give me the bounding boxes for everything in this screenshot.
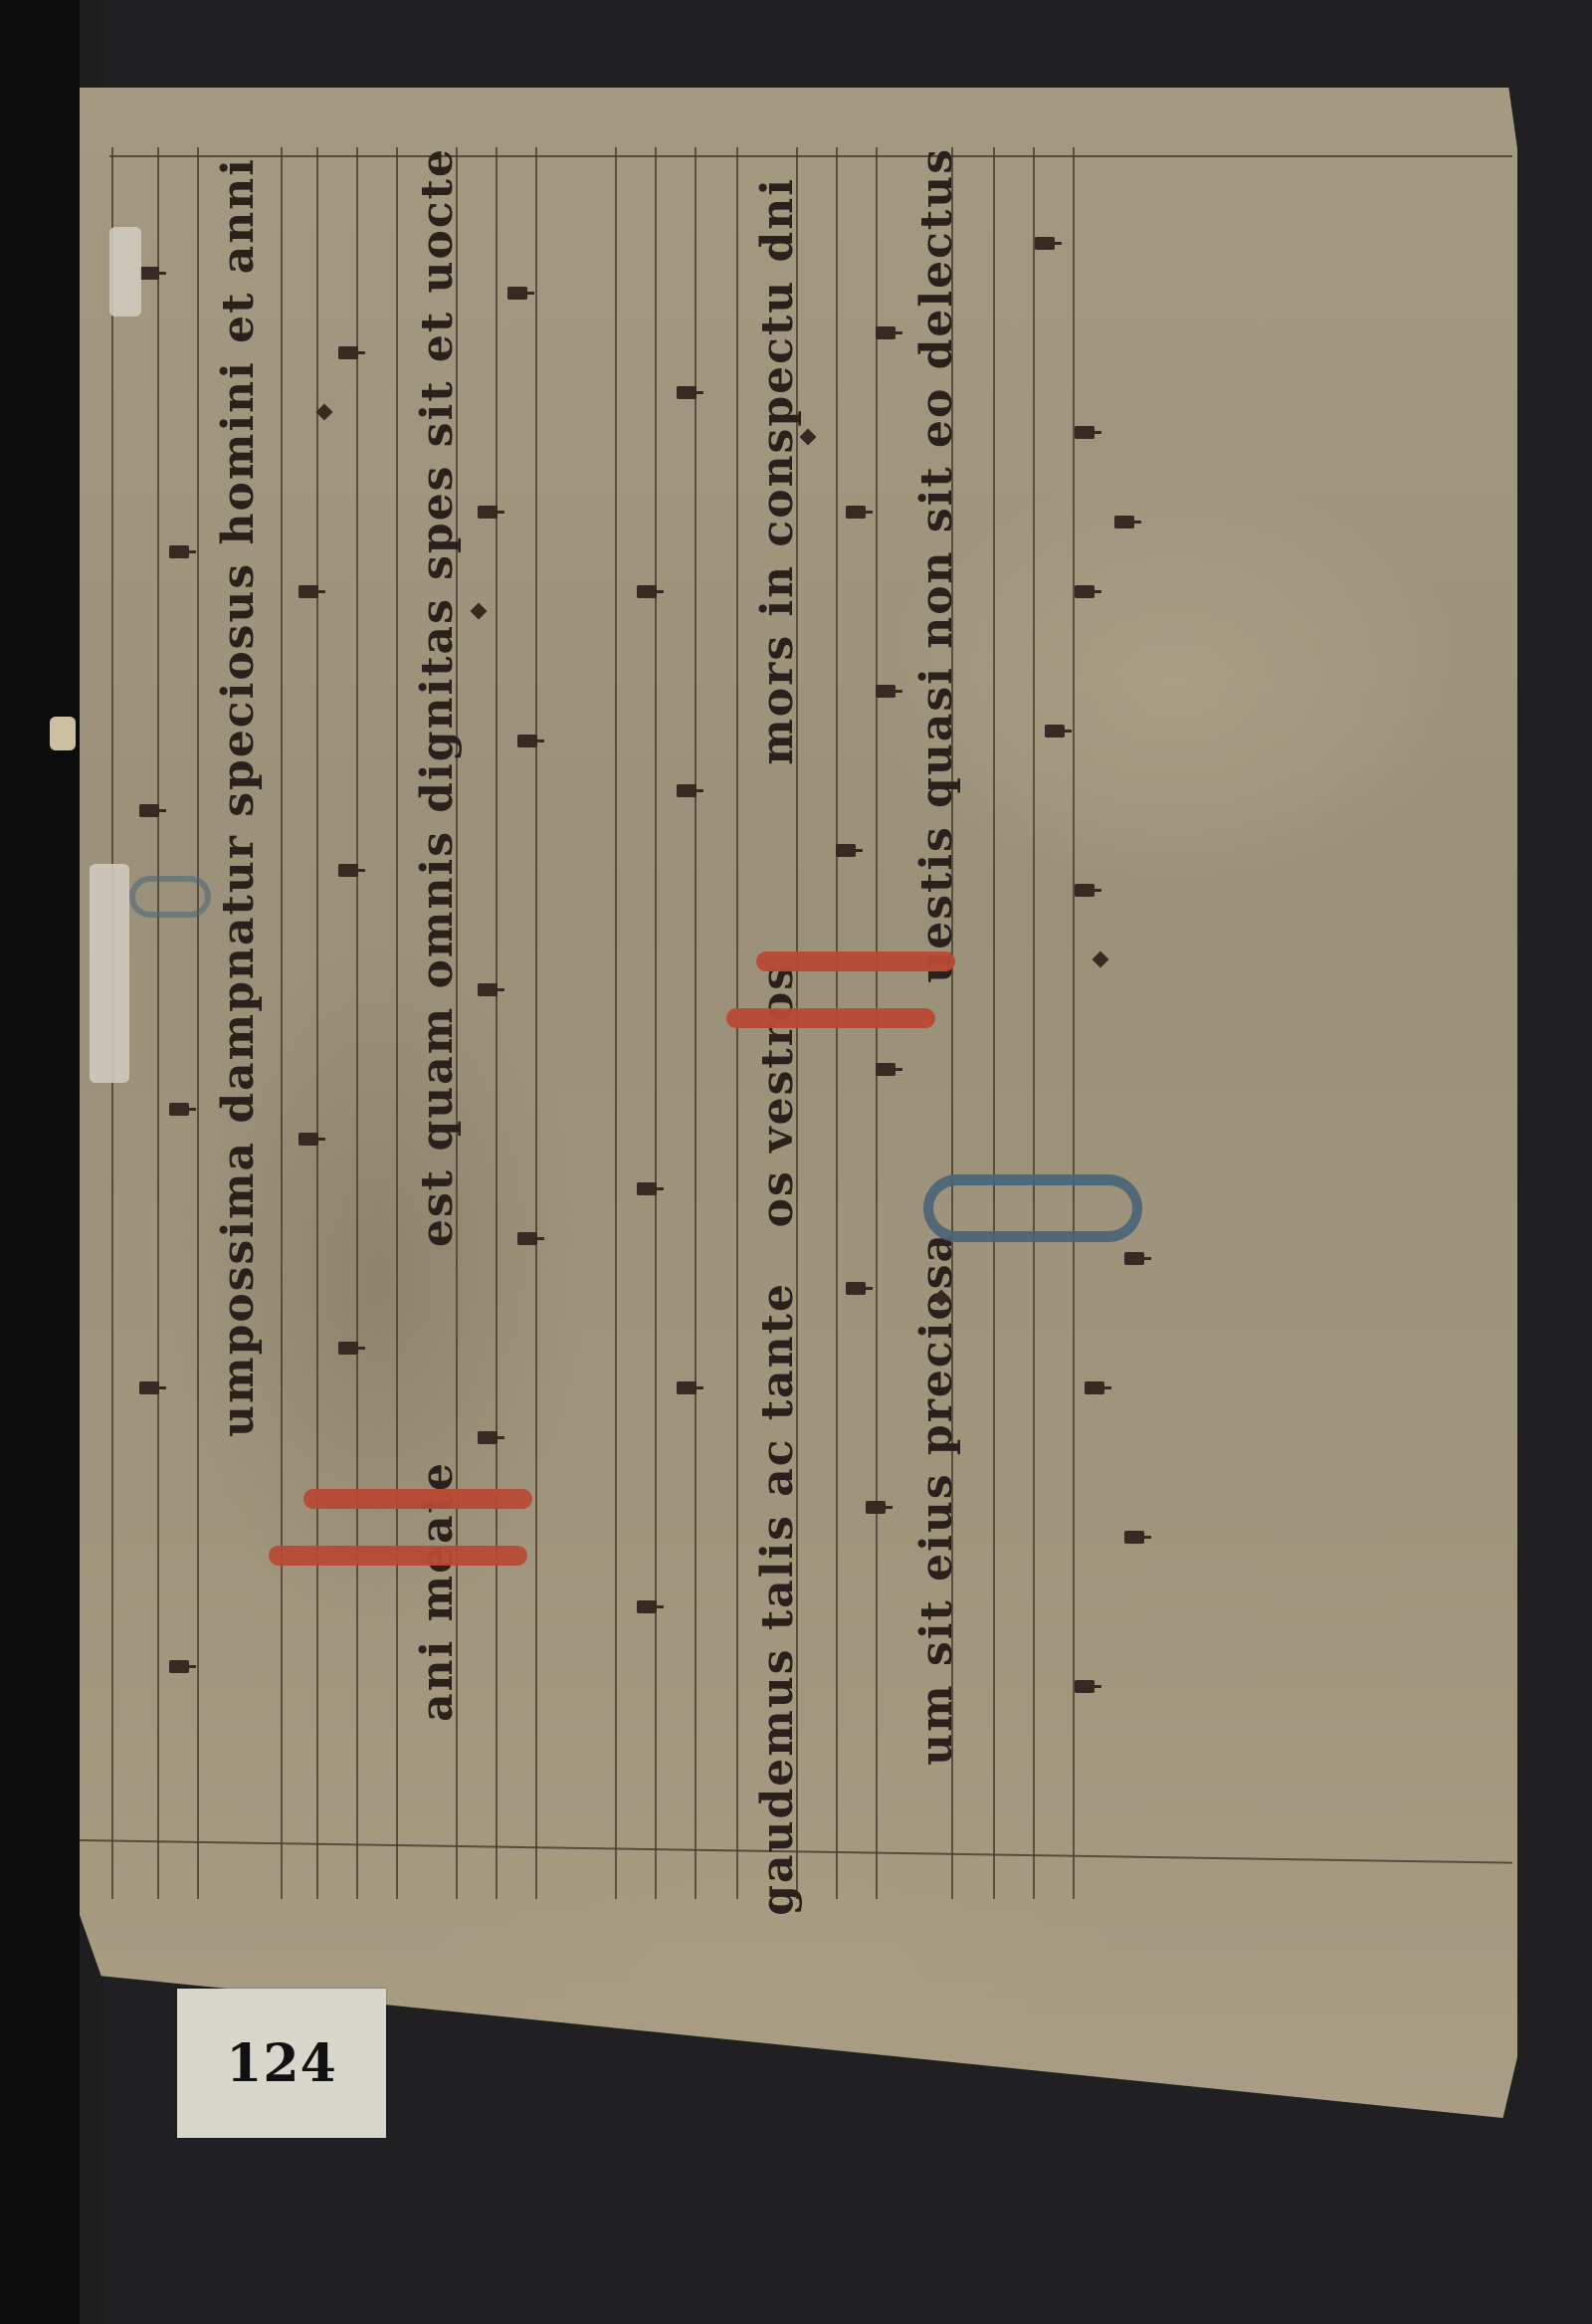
manuscript-text-line: uestis quasi non sit eo delectus	[915, 147, 959, 983]
neume	[1045, 725, 1065, 738]
staff-line	[356, 147, 358, 1899]
binding-thread	[50, 717, 76, 750]
neume-punctum	[471, 603, 488, 620]
neume	[139, 804, 159, 817]
neume	[169, 545, 189, 558]
neume	[478, 1431, 497, 1444]
neume	[1085, 1381, 1104, 1394]
neume	[1035, 237, 1055, 250]
red-initial-p	[303, 1489, 532, 1509]
neume	[1075, 585, 1094, 598]
neume-punctum	[316, 404, 333, 421]
neume	[478, 983, 497, 996]
staff-line	[281, 147, 283, 1899]
top-ruling-line	[109, 155, 1512, 157]
neume	[517, 1232, 537, 1245]
neume	[866, 1501, 886, 1514]
neume	[298, 585, 318, 598]
staff-line	[396, 147, 398, 1899]
red-initial-p	[726, 1008, 935, 1028]
staff-line	[1033, 147, 1035, 1899]
neume	[1075, 1680, 1094, 1693]
neume	[139, 267, 159, 280]
neume	[876, 1063, 895, 1076]
staff-line	[197, 147, 199, 1899]
neume	[637, 1182, 657, 1195]
neume	[1124, 1252, 1144, 1265]
red-initial-p	[756, 951, 955, 971]
neume	[846, 1282, 866, 1295]
shelf-number: 124	[226, 2033, 337, 2094]
neume	[836, 844, 856, 857]
neume	[338, 346, 358, 359]
manuscript-text-line: umpossima dampnatur speciosus homini et …	[217, 157, 261, 1437]
staff-line	[993, 147, 995, 1899]
manuscript-text-line: gaudemus talis ac tante	[756, 1282, 800, 1916]
neume	[139, 1381, 159, 1394]
manuscript-text-line: mors in conspectu dni	[756, 177, 800, 765]
staff-line	[695, 147, 696, 1899]
dark-background-left	[0, 0, 80, 2324]
neume	[1075, 884, 1094, 897]
neume	[1075, 426, 1094, 439]
manuscript-text-line: est quam omnis dignitas spes sit et uoct…	[416, 147, 460, 1247]
blue-initial-e	[129, 876, 211, 918]
staff-line	[496, 147, 497, 1899]
neume	[637, 1600, 657, 1613]
neume-punctum	[1093, 951, 1109, 968]
manuscript-text-line: um sit eius preciosa	[915, 1232, 959, 1766]
neume	[298, 1133, 318, 1146]
neume	[478, 506, 497, 519]
neume	[876, 685, 895, 698]
paper-repair-patch	[109, 227, 141, 317]
parchment-leaf: uestis quasi non sit eo delectus um sit …	[80, 88, 1517, 2118]
staff-line	[157, 147, 159, 1899]
neume	[338, 1342, 358, 1355]
red-initial-p	[269, 1546, 527, 1566]
neume	[637, 585, 657, 598]
neume	[169, 1660, 189, 1673]
neume	[677, 784, 696, 797]
neume	[876, 326, 895, 339]
neume	[169, 1103, 189, 1116]
neume	[1114, 516, 1134, 528]
manuscript-text-line: os vestros	[756, 963, 800, 1227]
staff-line	[1073, 147, 1075, 1899]
neume	[846, 506, 866, 519]
neume	[1124, 1531, 1144, 1544]
neume	[677, 1381, 696, 1394]
staff-line	[655, 147, 657, 1899]
neume	[507, 287, 527, 300]
shelf-number-label: 124	[177, 1989, 386, 2138]
blue-initial-c	[923, 1174, 1142, 1242]
neume	[338, 864, 358, 877]
staff-line	[615, 147, 617, 1899]
neume	[517, 735, 537, 747]
paper-repair-patch	[90, 864, 129, 1083]
neume	[677, 386, 696, 399]
staff-line	[535, 147, 537, 1899]
